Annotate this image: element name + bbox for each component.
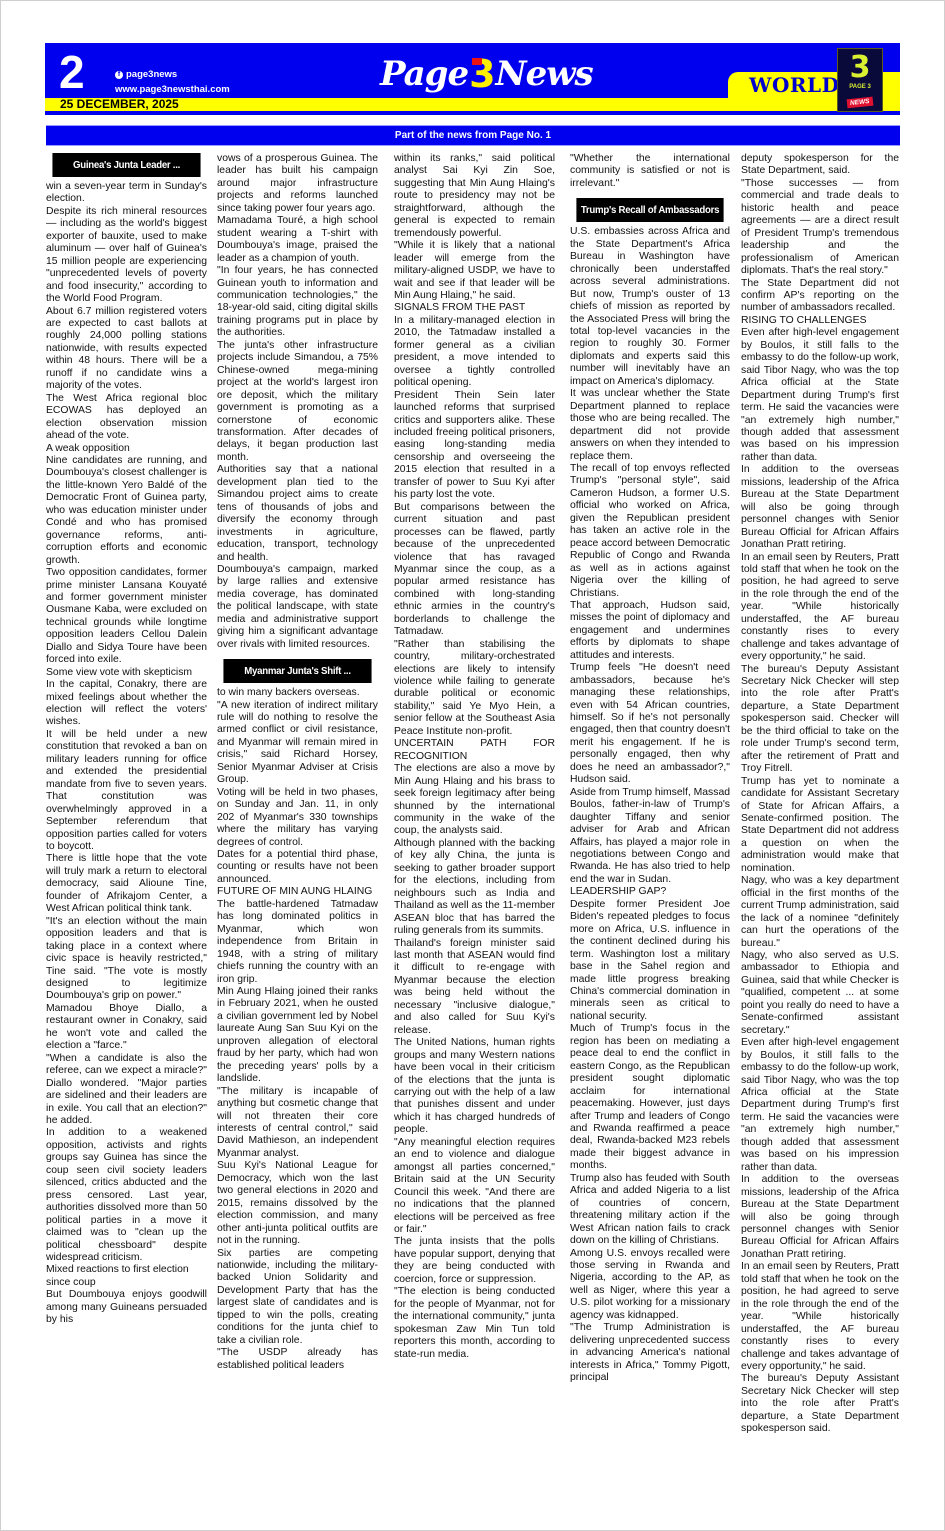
paragraph: Six parties are competing nationwide, in… [217, 1248, 378, 1348]
paragraph: Thailand's foreign minister said last mo… [394, 938, 555, 1038]
social-handle-text: page3news [126, 69, 177, 80]
paragraph: Even after high-level engagement by Boul… [741, 327, 899, 464]
paragraph: Even after high-level engagement by Boul… [741, 1037, 899, 1174]
badge-number: 3 [838, 53, 882, 83]
paragraph: Voting will be held in two phases, on Su… [217, 787, 378, 849]
paragraph: Trump feels "He doesn't need ambassadors… [570, 662, 730, 787]
subheading: RISING TO CHALLENGES [741, 315, 899, 327]
article-heading-guinea: Guinea's Junta Leader ... [52, 153, 200, 177]
logo-word-news: News [496, 54, 593, 94]
article-heading-trump: Trump's Recall of Ambassadors ... [576, 198, 723, 222]
paragraph: "Rather than stabilising the country, mi… [394, 639, 555, 739]
paragraph: Trump has yet to nominate a candidate fo… [741, 776, 899, 876]
publication-date: 25 DECEMBER, 2025 [60, 97, 179, 111]
paragraph: Despite its rich mineral resources — inc… [46, 206, 207, 306]
paragraph: In an email seen by Reuters, Pratt told … [741, 1261, 899, 1373]
paragraph: "A new iteration of indirect military ru… [217, 700, 378, 787]
continuation-banner: Part of the news from Page No. 1 [46, 125, 900, 146]
logo-word-page: Page [380, 54, 468, 94]
paragraph: President Thein Sein later launched refo… [394, 390, 555, 502]
paragraph: within its ranks," said political analys… [394, 153, 555, 240]
page3-badge-logo: 3 PAGE 3 NEWS [837, 48, 883, 112]
paragraph: Although planned with the backing of key… [394, 838, 555, 938]
paragraph: vows of a prosperous Guinea. The leader … [217, 153, 378, 215]
paragraph: "It's an election without the main oppos… [46, 916, 207, 1003]
subheading: A weak opposition [46, 443, 207, 455]
paragraph: The bureau's Deputy Assistant Secretary … [741, 664, 899, 776]
paragraph: The bureau's Deputy Assistant Secretary … [741, 1373, 899, 1435]
column-3: within its ranks," said political analys… [394, 153, 555, 1361]
paragraph: "The USDP already has established politi… [217, 1347, 378, 1372]
paragraph: The West Africa regional bloc ECOWAS has… [46, 393, 207, 443]
newspaper-logo: Page3News [380, 51, 593, 97]
paragraph: "Whether the international community is … [570, 153, 730, 190]
logo-number: 3 [469, 52, 494, 96]
paragraph: Mamadou Bhoye Diallo, a restaurant owner… [46, 1003, 207, 1053]
paragraph: U.S. embassies across Africa and the Sta… [570, 226, 730, 388]
paragraph: The State Department did not confirm AP'… [741, 278, 899, 315]
subheading: Mixed reactions to first election since … [46, 1264, 207, 1289]
paragraph: That approach, Hudson said, misses the p… [570, 600, 730, 662]
masthead-bottom-line [45, 111, 900, 115]
paragraph: In addition to a weakened opposition, ac… [46, 1127, 207, 1264]
subheading: UNCERTAIN PATH FOR RECOGNITION [394, 738, 555, 763]
paragraph: It was unclear whether the State Departm… [570, 388, 730, 463]
page-number: 2 [59, 47, 85, 97]
paragraph: But Doumbouya enjoys goodwill among many… [46, 1289, 207, 1326]
subheading: SIGNALS FROM THE PAST [394, 302, 555, 314]
paragraph: In an email seen by Reuters, Pratt told … [741, 552, 899, 664]
paragraph: The United Nations, human rights groups … [394, 1037, 555, 1137]
column-1: Guinea's Junta Leader ... win a seven-ye… [46, 153, 207, 1327]
paragraph: It will be held under a new constitution… [46, 729, 207, 854]
paragraph: Much of Trump's focus in the region has … [570, 1023, 730, 1172]
paragraph: Min Aung Hlaing joined their ranks in Fe… [217, 986, 378, 1086]
paragraph: But comparisons between the current situ… [394, 502, 555, 639]
paragraph: The elections are also a move by Min Aun… [394, 763, 555, 838]
paragraph: "Any meaningful election requires an end… [394, 1137, 555, 1237]
paragraph: Among U.S. envoys recalled were those se… [570, 1248, 730, 1323]
social-handle[interactable]: f page3news [115, 69, 177, 80]
paragraph: win a seven-year term in Sunday's electi… [46, 181, 207, 206]
paragraph: Aside from Trump himself, Massad Boulos,… [570, 787, 730, 887]
paragraph: Trump also has feuded with South Africa … [570, 1173, 730, 1248]
paragraph: Doumbouya's campaign, marked by large ra… [217, 564, 378, 651]
badge-tag: NEWS [847, 97, 873, 109]
paragraph: In the capital, Conakry, there are mixed… [46, 679, 207, 729]
subheading: LEADERSHIP GAP? [570, 886, 730, 898]
paragraph: Despite former President Joe Biden's rep… [570, 899, 730, 1024]
paragraph: Dates for a potential third phase, count… [217, 849, 378, 886]
paragraph: Nine candidates are running, and Doumbou… [46, 455, 207, 567]
paragraph: "The Trump Administration is delivering … [570, 1322, 730, 1384]
paragraph: The recall of top envoys reflected Trump… [570, 463, 730, 600]
paragraph: "Those successes — from commercial and t… [741, 178, 899, 278]
column-2: vows of a prosperous Guinea. The leader … [217, 153, 378, 1372]
continuation-banner-text: Part of the news from Page No. 1 [46, 126, 900, 145]
paragraph: "The election is being conducted for the… [394, 1286, 555, 1361]
subheading: Some view vote with skepticism [46, 667, 207, 679]
paragraph: In a military-managed election in 2010, … [394, 315, 555, 390]
paragraph: "In four years, he has connected Guinean… [217, 265, 378, 340]
website-link[interactable]: www.page3newsthai.com [115, 84, 230, 95]
paragraph: Nagy, who was a key department official … [741, 875, 899, 950]
paragraph: Mamadama Touré, a high school student we… [217, 215, 378, 265]
paragraph: Suu Kyi's National League for Democracy,… [217, 1160, 378, 1247]
subheading: FUTURE OF MIN AUNG HLAING [217, 886, 378, 898]
column-4: "Whether the international community is … [570, 153, 730, 1385]
paragraph: Two opposition candidates, former prime … [46, 567, 207, 667]
masthead: 2 f page3news www.page3newsthai.com 25 D… [45, 43, 900, 115]
paragraph: Authorities say that a national developm… [217, 464, 378, 564]
paragraph: to win many backers overseas. [217, 687, 378, 699]
paragraph: In addition to the overseas missions, le… [741, 1174, 899, 1261]
paragraph: deputy spokesperson for the State Depart… [741, 153, 899, 178]
section-label: WORLD [749, 73, 839, 97]
badge-label: PAGE 3 [838, 83, 882, 91]
column-5: deputy spokesperson for the State Depart… [741, 153, 899, 1436]
paragraph: "The military is incapable of anything b… [217, 1086, 378, 1161]
facebook-icon: f [115, 71, 123, 79]
paragraph: The junta's other infrastructure project… [217, 340, 378, 465]
paragraph: The battle-hardened Tatmadaw has long do… [217, 899, 378, 986]
paragraph: "While it is likely that a national lead… [394, 240, 555, 302]
paragraph: About 6.7 million registered voters are … [46, 306, 207, 393]
paragraph: In addition to the overseas missions, le… [741, 464, 899, 551]
paragraph: The junta insists that the polls have po… [394, 1236, 555, 1286]
paragraph: There is little hope that the vote will … [46, 853, 207, 915]
paragraph: "When a candidate is also the referee, c… [46, 1053, 207, 1128]
paragraph: Nagy, who also served as U.S. ambassador… [741, 950, 899, 1037]
article-heading-myanmar: Myanmar Junta's Shift ... [223, 659, 371, 683]
